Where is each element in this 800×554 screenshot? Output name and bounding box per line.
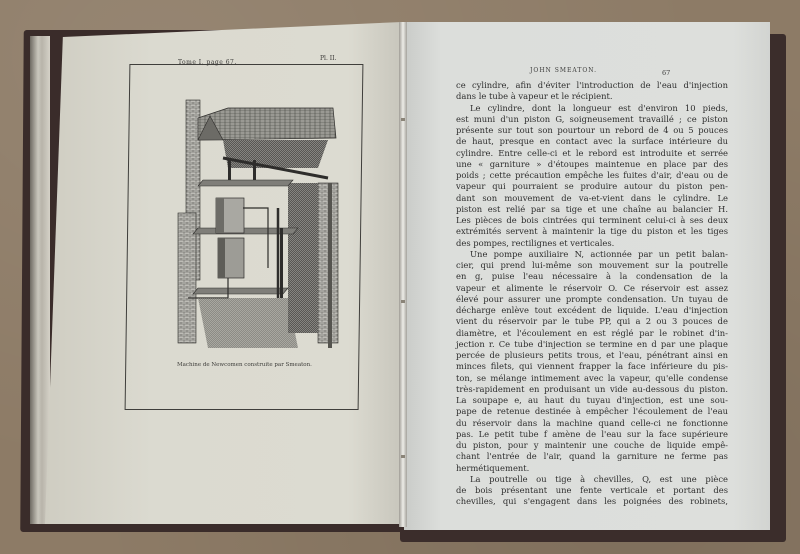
text-line: piston est relié par sa tige et une chaî… <box>456 204 728 215</box>
steam-engine-engraving-illustration <box>168 98 343 353</box>
text-line: dans le tube à vapeur et le récipient. <box>456 91 728 102</box>
page-number: 67 <box>662 69 670 77</box>
text-line: vient du réservoir par le tube PP, qui a… <box>456 316 728 327</box>
text-line: décharge enlève tout excédent de liquide… <box>456 305 728 316</box>
text-line: poids ; cette précaution empêche les fui… <box>456 170 728 181</box>
binding-stitch <box>401 118 405 121</box>
text-line: jection r. Ce tube d'injection se termin… <box>456 339 728 350</box>
text-line: extrémités servent à maintenir la tige d… <box>456 226 728 237</box>
text-line: Le cylindre, dont la longueur est d'envi… <box>456 103 728 114</box>
text-line: élevé pour assurer une prompte condensat… <box>456 294 728 305</box>
text-line: une « garniture » d'étoupes maintenue en… <box>456 159 728 170</box>
text-line: présente sur tout son pourtour un rebord… <box>456 125 728 136</box>
running-head: JOHN SMEATON. <box>530 67 597 74</box>
binding-stitch <box>401 455 405 458</box>
text-line: pape de retenue destinée à empêcher l'éc… <box>456 406 728 417</box>
text-line: de haut, presque en contact avec la surf… <box>456 136 728 147</box>
book-gutter <box>399 22 407 527</box>
illustration-caption: Machine de Newcomen construite par Smeat… <box>177 362 312 368</box>
text-line: minces filets, qui viennent frapper la f… <box>456 361 728 372</box>
text-line: cier, qui prend lui-même son mouvement s… <box>456 260 728 271</box>
photo-scene: Tome I, page 67. Pl. II. <box>0 0 800 554</box>
text-line: est muni d'un piston G, soigneusement tr… <box>456 114 728 125</box>
text-line: diamètre, et l'écoulement en est réglé p… <box>456 328 728 339</box>
text-line: du réservoir dans la machine quand celle… <box>456 418 728 429</box>
text-line: des pompes, rectilignes et verticales. <box>456 238 728 249</box>
text-line: en g, puise l'eau nécessaire à la conden… <box>456 271 728 282</box>
text-line: vapeur et alimente le réservoir O. Ce ré… <box>456 283 728 294</box>
body-text: ce cylindre, afin d'éviter l'introductio… <box>456 80 728 508</box>
text-line: hermétiquement. <box>456 463 728 474</box>
text-line: très-rapidement en produisant un vide au… <box>456 384 728 395</box>
text-line: La poutrelle ou tige à chevilles, Q, est… <box>456 474 728 485</box>
text-line: Une pompe auxiliaire N, actionnée par un… <box>456 249 728 260</box>
page-block-edge <box>30 36 50 524</box>
text-line: ce cylindre, afin d'éviter l'introductio… <box>456 80 728 91</box>
plate-number: Pl. II. <box>320 55 336 62</box>
text-line: chevilles, qui s'engagent dans les poign… <box>456 496 728 507</box>
text-line: percée de plusieurs petits trous, et l'e… <box>456 350 728 361</box>
text-line: cylindre. Entre celle-ci et le rebord es… <box>456 148 728 159</box>
text-line: vapeur qui pourraient se produire autour… <box>456 181 728 192</box>
text-line: dant son mouvement de va-et-vient dans l… <box>456 193 728 204</box>
binding-stitch <box>401 300 405 303</box>
text-line: pas. Le petit tube f amène de l'eau sur … <box>456 429 728 440</box>
text-line: de bois présentant une fente verticale e… <box>456 485 728 496</box>
text-line: La soupape e, au haut du tuyau d'injecti… <box>456 395 728 406</box>
text-line: ton, se mélange intimement avec la vapeu… <box>456 373 728 384</box>
text-line: Les pièces de bois cintrées qui terminen… <box>456 215 728 226</box>
text-line: chant l'entrée de l'air, quand la garnit… <box>456 451 728 462</box>
text-line: du piston, pour y maintenir une couche d… <box>456 440 728 451</box>
